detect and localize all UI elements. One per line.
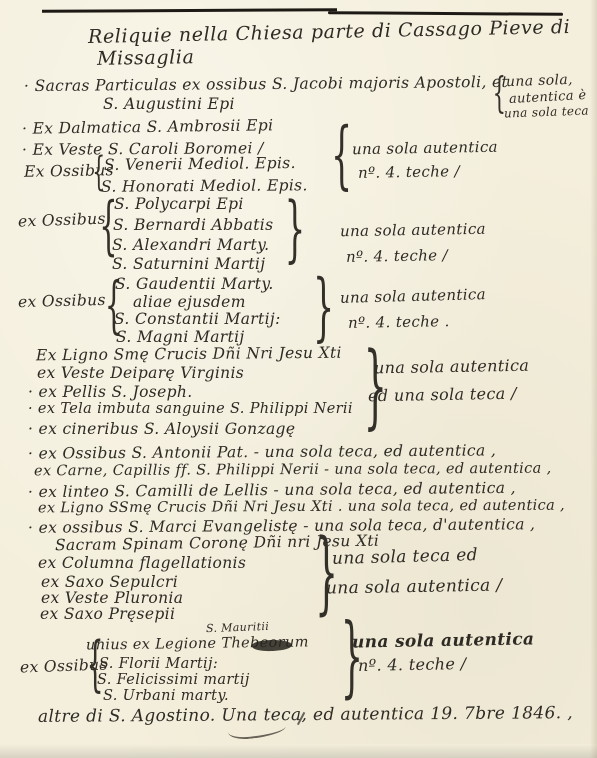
group-item: · ex cineribus S. Aloysii Gonzagę	[28, 421, 295, 438]
group-item: S. Alexandri Marty.	[112, 237, 269, 254]
group-item: S. Bernardi Abbatis	[113, 217, 273, 234]
side-note: nº. 4. teche .	[348, 313, 450, 331]
group-label: ex Ossibus	[20, 656, 108, 676]
group-item: S. Venerii Mediol. Epis.	[104, 155, 296, 174]
manuscript-page: Reliquie nella Chiesa parte di Cassago P…	[0, 0, 597, 758]
group-item: ex Columna flagellationis	[38, 555, 246, 572]
group-item: ex Saxo Pręsepii	[40, 606, 175, 623]
superscript-annotation: S. Mauritii	[206, 621, 270, 635]
side-note: una sola autentica	[340, 221, 486, 240]
group-item: S. Magni Martij	[116, 329, 245, 346]
group-item: Ex Ligno Smę Crucis Dñi Nri Jesu Xti	[36, 345, 342, 365]
side-note: una sola teca	[504, 105, 589, 121]
side-note: una sola autentica	[374, 357, 530, 377]
group-item: S. Constantii Martij:	[114, 311, 281, 328]
brace-right-icon: {	[331, 118, 352, 192]
manuscript-line: · ex Ossibus S. Antonii Pat. - una sola …	[28, 442, 496, 462]
side-note: nº. 4. teche /	[358, 163, 460, 181]
group-item: · ex Tela imbuta sanguine S. Philippi Ne…	[28, 402, 353, 418]
group-label: ex Ossibus	[18, 292, 106, 311]
side-note: una sola autentica	[352, 630, 535, 652]
group-item: aliae ejusdem	[133, 294, 246, 311]
group-item: · ex Pellis S. Joseph.	[28, 384, 192, 401]
side-note: ed una sola teca /	[368, 385, 517, 405]
manuscript-line: · Ex Dalmatica S. Ambrosii Epi	[22, 117, 274, 138]
manuscript-line: ex Ligno SSmę Crucis Dñi Nri Jesu Xti . …	[38, 499, 565, 518]
manuscript-line: S. Augustini Epi	[103, 96, 235, 113]
doc-title-line2: Missaglia	[97, 47, 195, 70]
group-item: Sacram Spinam Coronę Dñi nri Jesu Xti	[55, 533, 379, 555]
group-label: ex Ossibus:	[18, 210, 112, 230]
page-bottom-shade	[0, 744, 597, 758]
group-item: S. Gaudentii Marty.	[115, 276, 274, 293]
manuscript-line: ex Carne, Capillis ff. S. Philippi Nerii…	[34, 462, 552, 481]
group-item: ex Veste Deiparę Virginis	[37, 365, 244, 382]
side-note: una sola autentica	[340, 286, 486, 306]
side-note: una sola autentica /	[326, 576, 503, 598]
page-right-shade	[590, 0, 597, 758]
side-note: nº. 4. teche /	[346, 247, 448, 265]
side-note: una sola,	[506, 73, 573, 91]
brace-right-icon: }	[285, 192, 306, 264]
page-top-edge	[42, 8, 337, 13]
page-top-edge	[328, 11, 563, 16]
group-item: S. Honorati Mediol. Epis.	[101, 177, 308, 195]
manuscript-line: · Sacras Particulas ex ossibus S. Jacobi…	[24, 74, 508, 95]
group-item: S. Urbani marty.	[103, 689, 229, 705]
group-item: S. Saturnini Martij	[112, 256, 265, 273]
doc-title-line1: Reliquie nella Chiesa parte di Cassago P…	[88, 17, 571, 48]
side-note: una sola teca ed	[332, 546, 478, 568]
brace-right-icon: }	[313, 270, 334, 344]
group-item: S. Felicissimi martij	[97, 673, 250, 689]
group-item: S. Florii Martij:	[99, 657, 218, 673]
side-note: nº. 4. teche /	[358, 655, 467, 674]
group-item: S. Polycarpi Epi	[114, 196, 244, 213]
side-note: una sola autentica	[352, 139, 498, 158]
